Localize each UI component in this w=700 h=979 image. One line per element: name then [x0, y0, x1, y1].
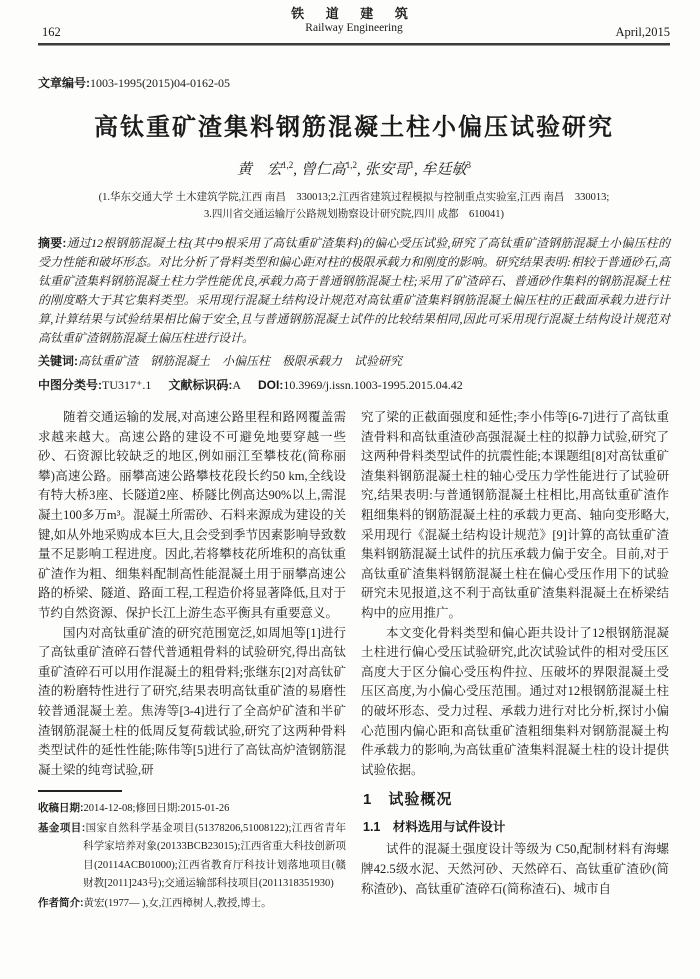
affiliations: (1.华东交通大学 土木建筑学院,江西 南昌 330013;2.江西省建筑过程模…: [38, 189, 670, 223]
doi-label: DOI:: [258, 378, 283, 392]
affiliation-line: 3.四川省交通运输厅公路规划勘察设计研究院,四川 成都 610041): [38, 206, 670, 223]
author-name: 张安哥: [365, 162, 410, 178]
footnote-funding: 基金项目:国家自然科学基金项目(51378206,51008122);江西省青年…: [38, 819, 346, 894]
author-name: 曾仁高: [301, 162, 346, 178]
header-rule: [38, 43, 670, 46]
author-name: 牟廷敏: [422, 162, 467, 178]
footnote-text: 黄宏(1977— ),女,江西樟树人,教授,博士。: [84, 898, 272, 909]
author-separator: ,: [357, 162, 361, 178]
issue-date: April,2015: [615, 25, 670, 40]
author: 牟廷敏3: [422, 162, 472, 178]
author-affiliation-sup: 3: [467, 160, 472, 170]
author-name: 黄 宏: [237, 162, 282, 178]
keywords-line: 关键词:高钛重矿渣 钢筋混凝土 小偏压柱 极限承载力 试验研究: [38, 352, 670, 371]
section-heading-1: 1 试验概况: [363, 790, 669, 810]
footnote-author-bio: 作者简介:黄宏(1977— ),女,江西樟树人,教授,博士。: [38, 894, 346, 914]
footnote-divider: [38, 790, 122, 792]
author-affiliation-sup: 1,2: [282, 160, 293, 170]
abstract-label: 摘要:: [38, 236, 66, 250]
author: 曾仁高1,2,: [301, 162, 361, 178]
clc-label: 中图分类号:: [38, 378, 102, 392]
author-separator: ,: [414, 162, 418, 178]
journal-title-english: Railway Engineering: [38, 21, 670, 35]
body-right-column: 究了梁的正截面强度和延性;李小伟等[6-7]进行了高钛重渣骨料和高钛重渣砂高强混…: [361, 408, 669, 913]
abstract: 摘要:通过12根钢筋混凝土柱(其中9根采用了高钛重矿渣集料)的偏心受压试验,研究…: [38, 234, 670, 348]
paragraph: 试件的混凝土强度设计等级为 C50,配制材料有海螺牌42.5级水泥、天然河砂、天…: [361, 840, 669, 899]
footnote-block: 收稿日期:2014-12-08;修回日期:2015-01-26 基金项目:国家自…: [38, 790, 346, 913]
author: 张安哥1,: [365, 162, 418, 178]
doi-value: 10.3969/j.issn.1003-1995.2015.04.42: [283, 378, 462, 392]
journal-page: 铁 道 建 筑 Railway Engineering 162 April,20…: [0, 0, 700, 979]
keywords-label: 关键词:: [38, 354, 78, 368]
paragraph: 本文变化骨料类型和偏心距共设计了12根钢筋混凝土柱进行偏心受压试验研究,此次试验…: [361, 624, 669, 781]
abstract-text: 通过12根钢筋混凝土柱(其中9根采用了高钛重矿渣集料)的偏心受压试验,研究了高钛…: [38, 236, 670, 345]
paragraph: 随着交通运输的发展,对高速公路里程和路网覆盖需求越来越大。高速公路的建设不可避免…: [38, 408, 346, 624]
doc-code-value: A: [232, 378, 241, 392]
keywords-text: 高钛重矿渣 钢筋混凝土 小偏压柱 极限承载力 试验研究: [78, 354, 402, 368]
article-id-label: 文章编号:: [38, 76, 90, 90]
footnote-label: 作者简介:: [38, 897, 84, 909]
footnote-text: 2014-12-08;修回日期:2015-01-26: [84, 803, 230, 814]
author: 黄 宏1,2,: [237, 162, 297, 178]
page-number: 162: [42, 25, 61, 40]
journal-header: 铁 道 建 筑 Railway Engineering 162 April,20…: [38, 6, 670, 40]
body-left-column: 随着交通运输的发展,对高速公路里程和路网覆盖需求越来越大。高速公路的建设不可避免…: [38, 408, 346, 913]
journal-title-chinese: 铁 道 建 筑: [38, 6, 670, 21]
article-id-value: 1003-1995(2015)04-0162-05: [90, 76, 230, 90]
doc-code-label: 文献标识码:: [168, 378, 232, 392]
paper-title: 高钛重矿渣集料钢筋混凝土柱小偏压试验研究: [38, 107, 670, 142]
author-separator: ,: [293, 162, 297, 178]
authors-line: 黄 宏1,2, 曾仁高1,2, 张安哥1, 牟廷敏3: [38, 158, 670, 179]
footnote-label: 基金项目:: [38, 822, 85, 834]
classification-line: 中图分类号:TU317⁺.1 文献标识码:A DOI:10.3969/j.iss…: [38, 376, 670, 395]
affiliation-line: (1.华东交通大学 土木建筑学院,江西 南昌 330013;2.江西省建筑过程模…: [38, 189, 670, 206]
footnote-label: 收稿日期:: [38, 802, 84, 814]
author-affiliation-sup: 1,2: [346, 160, 357, 170]
article-id-line: 文章编号:1003-1995(2015)04-0162-05: [38, 74, 670, 91]
paragraph: 究了梁的正截面强度和延性;李小伟等[6-7]进行了高钛重渣骨料和高钛重渣砂高强混…: [361, 408, 669, 624]
footnote-text: 国家自然科学基金项目(51378206,51008122);江西省青年科学家培养…: [83, 823, 346, 890]
body-columns: 随着交通运输的发展,对高速公路里程和路网覆盖需求越来越大。高速公路的建设不可避免…: [38, 408, 670, 913]
footnote-received: 收稿日期:2014-12-08;修回日期:2015-01-26: [38, 799, 346, 819]
paragraph: 国内对高钛重矿渣的研究范围宽泛,如周旭等[1]进行了高钛重矿渣碎石替代普通粗骨料…: [38, 624, 346, 781]
clc-value: TU317⁺.1: [102, 378, 151, 392]
subsection-heading-1-1: 1.1 材料选用与试件设计: [363, 818, 669, 838]
